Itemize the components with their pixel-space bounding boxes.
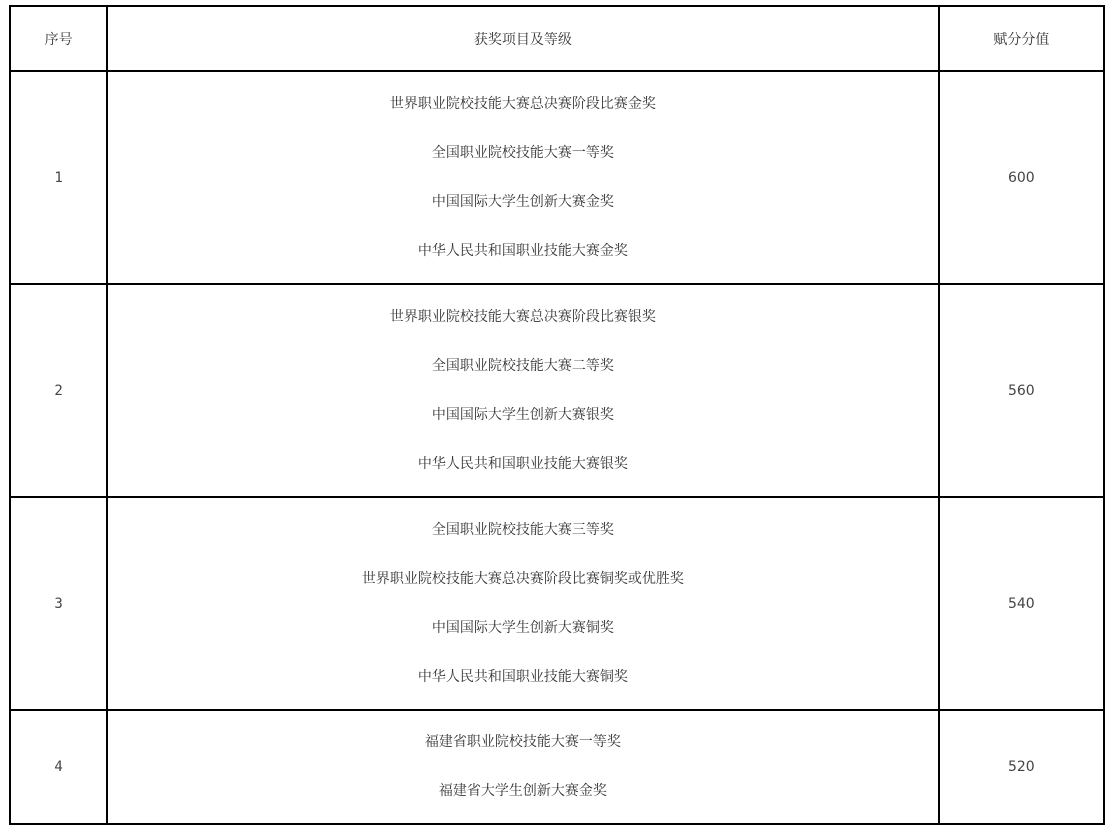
award-item: 世界职业院校技能大赛总决赛阶段比赛银奖 [108, 293, 938, 342]
row-index-cell: 4 [10, 710, 107, 824]
score-value: 600 [1008, 170, 1035, 186]
award-item: 福建省职业院校技能大赛一等奖 [108, 718, 938, 767]
award-item: 中华人民共和国职业技能大赛铜奖 [108, 653, 938, 702]
header-score: 赋分分值 [939, 6, 1104, 71]
award-items-cell: 福建省职业院校技能大赛一等奖 福建省大学生创新大赛金奖 [107, 710, 939, 824]
score-cell: 600 [939, 71, 1104, 284]
table-row: 2 世界职业院校技能大赛总决赛阶段比赛银奖 全国职业院校技能大赛二等奖 中国国际… [10, 284, 1104, 497]
row-index: 1 [54, 170, 62, 186]
award-item: 中国国际大学生创新大赛铜奖 [108, 604, 938, 653]
score-value: 520 [1008, 759, 1035, 775]
award-item: 中国国际大学生创新大赛金奖 [108, 178, 938, 227]
award-items-cell: 世界职业院校技能大赛总决赛阶段比赛银奖 全国职业院校技能大赛二等奖 中国国际大学… [107, 284, 939, 497]
header-award-items: 获奖项目及等级 [107, 6, 939, 71]
score-value: 540 [1008, 596, 1035, 612]
award-score-table: 序号 获奖项目及等级 赋分分值 1 世界职业院校技能大赛总决赛阶段比赛金奖 全国… [9, 5, 1105, 825]
row-index: 3 [54, 596, 62, 612]
row-index-cell: 1 [10, 71, 107, 284]
row-index: 4 [54, 759, 62, 775]
award-item: 中华人民共和国职业技能大赛金奖 [108, 227, 938, 276]
award-item: 世界职业院校技能大赛总决赛阶段比赛金奖 [108, 80, 938, 129]
award-item: 全国职业院校技能大赛三等奖 [108, 506, 938, 555]
score-cell: 560 [939, 284, 1104, 497]
row-index: 2 [54, 383, 62, 399]
score-cell: 540 [939, 497, 1104, 710]
table-row: 4 福建省职业院校技能大赛一等奖 福建省大学生创新大赛金奖 520 [10, 710, 1104, 824]
table-row: 1 世界职业院校技能大赛总决赛阶段比赛金奖 全国职业院校技能大赛一等奖 中国国际… [10, 71, 1104, 284]
award-item: 福建省大学生创新大赛金奖 [108, 767, 938, 816]
award-items-cell: 世界职业院校技能大赛总决赛阶段比赛金奖 全国职业院校技能大赛一等奖 中国国际大学… [107, 71, 939, 284]
award-item: 世界职业院校技能大赛总决赛阶段比赛铜奖或优胜奖 [108, 555, 938, 604]
award-item: 全国职业院校技能大赛一等奖 [108, 129, 938, 178]
row-index-cell: 2 [10, 284, 107, 497]
award-items-cell: 全国职业院校技能大赛三等奖 世界职业院校技能大赛总决赛阶段比赛铜奖或优胜奖 中国… [107, 497, 939, 710]
award-item: 中华人民共和国职业技能大赛银奖 [108, 440, 938, 489]
table-row: 3 全国职业院校技能大赛三等奖 世界职业院校技能大赛总决赛阶段比赛铜奖或优胜奖 … [10, 497, 1104, 710]
award-item: 中国国际大学生创新大赛银奖 [108, 391, 938, 440]
table-header-row: 序号 获奖项目及等级 赋分分值 [10, 6, 1104, 71]
award-item: 全国职业院校技能大赛二等奖 [108, 342, 938, 391]
score-cell: 520 [939, 710, 1104, 824]
header-index: 序号 [10, 6, 107, 71]
row-index-cell: 3 [10, 497, 107, 710]
score-value: 560 [1008, 383, 1035, 399]
